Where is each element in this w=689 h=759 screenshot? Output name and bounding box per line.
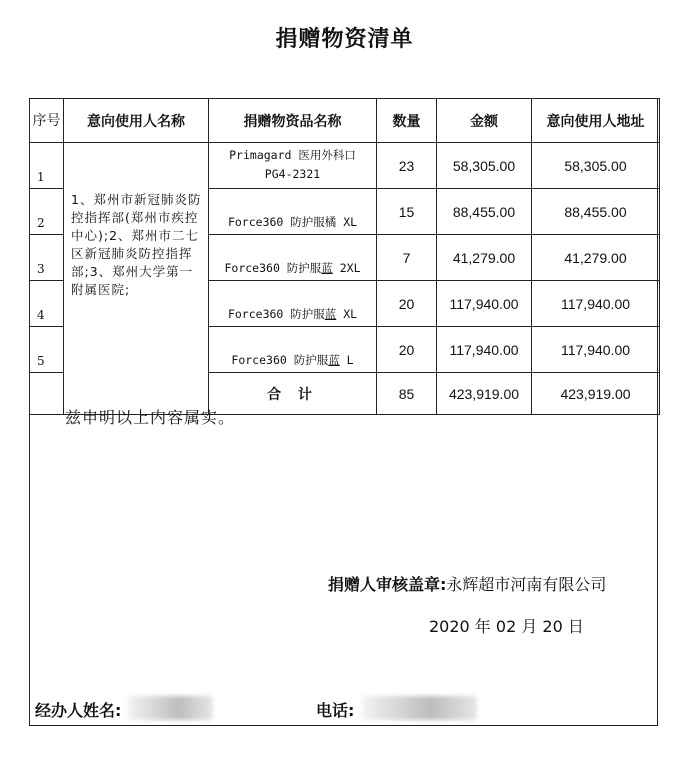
row-seq: 4 [30,281,64,327]
row-address: 117,940.00 [532,281,660,327]
document-title: 捐赠物资清单 [0,22,689,53]
row-item: Primagard 医用外科口 PG4-2321 [209,143,377,189]
row-item: Force360 防护服蓝 2XL [209,235,377,281]
row-amount: 41,279.00 [437,235,532,281]
row-qty: 7 [377,235,437,281]
redacted-handler-name [128,696,213,720]
donor-stamp: 捐赠人审核盖章:永辉超市河南有限公司 [328,572,606,595]
donation-table: 序号 意向使用人名称 捐赠物资品名称 数量 金额 意向使用人地址 1 1、郑州市… [29,98,660,415]
row-item: Force360 防护服橘 XL [209,189,377,235]
row-address: 58,305.00 [532,143,660,189]
item-line2: PG4-2321 [209,165,376,184]
declaration-text: 兹申明以上内容属实。 [65,405,235,428]
phone-label: 电话: [316,698,354,721]
header-address: 意向使用人地址 [532,99,660,143]
row-address: 117,940.00 [532,327,660,373]
row-item: Force360 防护服蓝 XL [209,281,377,327]
row-seq: 5 [30,327,64,373]
row-seq: 3 [30,235,64,281]
row-item: Force360 防护服蓝 L [209,327,377,373]
header-item: 捐赠物资品名称 [209,99,377,143]
recipient-cell: 1、郑州市新冠肺炎防控指挥部(郑州市疾控中心);2、郑州市二七区新冠肺炎防控指挥… [64,143,209,415]
stamp-label: 捐赠人审核盖章: [328,575,446,594]
row-qty: 15 [377,189,437,235]
row-seq: 1 [30,143,64,189]
header-qty: 数量 [377,99,437,143]
item-line1: Primagard 医用外科口 [209,146,376,165]
row-amount: 88,455.00 [437,189,532,235]
table-row: 1 1、郑州市新冠肺炎防控指挥部(郑州市疾控中心);2、郑州市二七区新冠肺炎防控… [30,143,660,189]
header-seq: 序号 [30,99,64,143]
row-seq: 2 [30,189,64,235]
row-qty: 23 [377,143,437,189]
handler-name-label: 经办人姓名: [35,698,121,721]
row-amount: 117,940.00 [437,281,532,327]
row-qty: 20 [377,327,437,373]
table-header-row: 序号 意向使用人名称 捐赠物资品名称 数量 金额 意向使用人地址 [30,99,660,143]
total-seq-empty [30,373,64,415]
row-address: 88,455.00 [532,189,660,235]
signature-date: 2020 年 02 月 20 日 [429,614,584,637]
total-address: 423,919.00 [532,373,660,415]
total-qty: 85 [377,373,437,415]
row-amount: 58,305.00 [437,143,532,189]
row-address: 41,279.00 [532,235,660,281]
header-recipient: 意向使用人名称 [64,99,209,143]
total-amount: 423,919.00 [437,373,532,415]
row-amount: 117,940.00 [437,327,532,373]
header-amount: 金额 [437,99,532,143]
stamp-value: 永辉超市河南有限公司 [446,575,606,594]
redacted-phone [362,696,477,720]
row-qty: 20 [377,281,437,327]
